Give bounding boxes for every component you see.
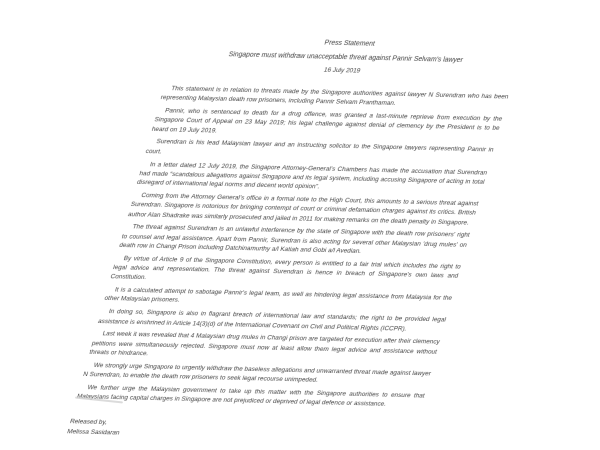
press-statement-paragraph: We further urge the Malaysian government… [76,383,426,410]
document-page: Press Statement Singapore must withdraw … [66,36,523,446]
document-signoff: Released by, Melissa Sasidaran [66,417,417,446]
press-statement-paragraph: Coming from the Attorney General's offic… [127,191,480,228]
press-statement-paragraph: In a letter dated 12 July 2019, the Sing… [136,160,489,197]
press-statement-paragraph: By virtue of Article 9 of the Singapore … [109,254,462,291]
press-statement-photo: Press Statement Singapore must withdraw … [0,0,600,450]
press-statement-paragraph: Pannir, who is sentenced to death for a … [151,106,504,143]
press-statement-paragraph: The threat against Surendran is an unlaw… [118,222,471,259]
press-statement-paragraph: Last week it was revealed that 4 Malaysi… [88,329,441,366]
document-date: 16 July 2019 [168,63,515,80]
document-body: This statement is in relation to threats… [76,84,510,410]
document-kicker: Press Statement [176,36,523,53]
